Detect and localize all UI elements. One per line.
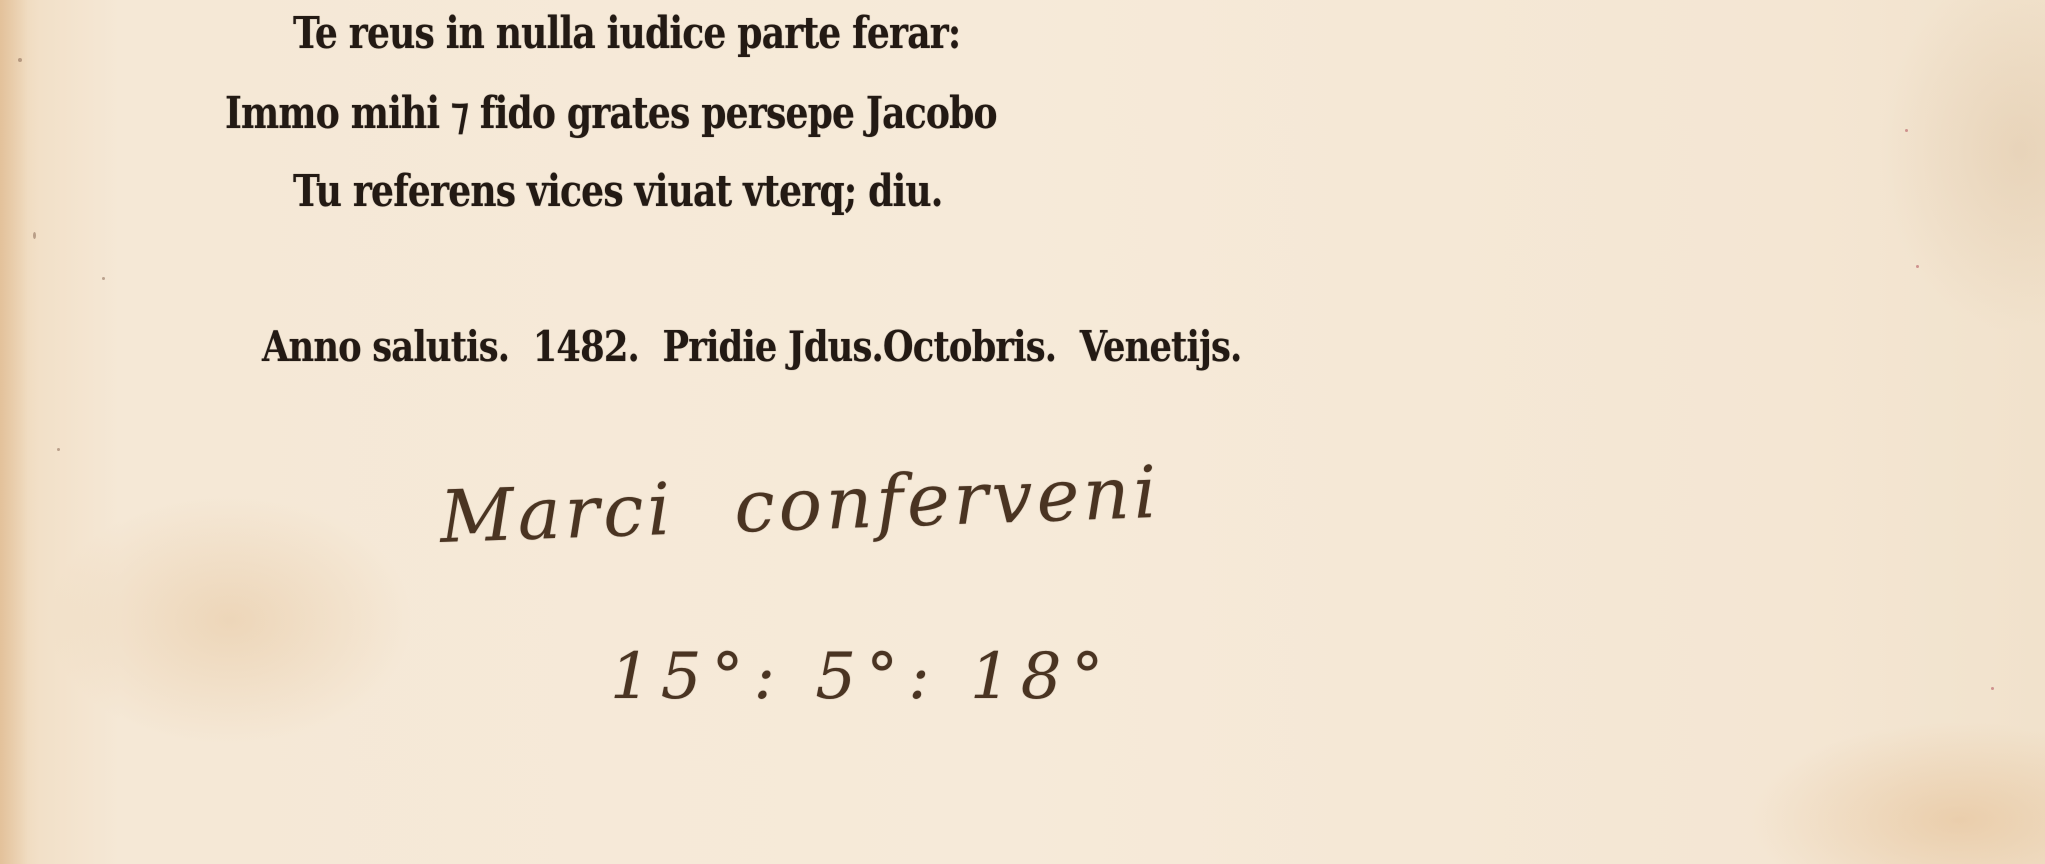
colophon-year-label: Anno salutis.	[262, 322, 509, 371]
verse-line-3: Tu referens vices viuat vterq; diu.	[293, 166, 943, 217]
colophon: Anno salutis.1482.Pridie Jdus.Octobris.V…	[262, 322, 1265, 371]
colophon-date: Pridie Jdus.Octobris.	[663, 322, 1057, 371]
book-page: Te reus in nulla iudice parte ferar: Imm…	[0, 0, 2045, 864]
verse-line-1: Te reus in nulla iudice parte ferar:	[293, 8, 960, 59]
colophon-year: 1482.	[533, 322, 639, 371]
paper-speck	[1916, 265, 1919, 268]
verse-line-2: Immo mihi ⁊ fido grates persepe Jacobo	[225, 88, 997, 139]
paper-speck	[102, 277, 105, 280]
page-edge-shadow	[0, 0, 28, 864]
manuscript-date: 15°: 5°: 18°	[610, 640, 1113, 714]
paper-speck	[18, 58, 22, 62]
signature-word-1: Marci	[439, 467, 676, 559]
paper-speck	[1991, 687, 1994, 690]
signature-word-2: conferveni	[733, 450, 1162, 549]
colophon-place: Venetijs.	[1080, 322, 1242, 371]
paper-speck	[57, 448, 60, 451]
paper-speck	[33, 232, 36, 239]
paper-speck	[1905, 129, 1908, 132]
manuscript-signature: Marciconferveni	[439, 450, 1162, 559]
